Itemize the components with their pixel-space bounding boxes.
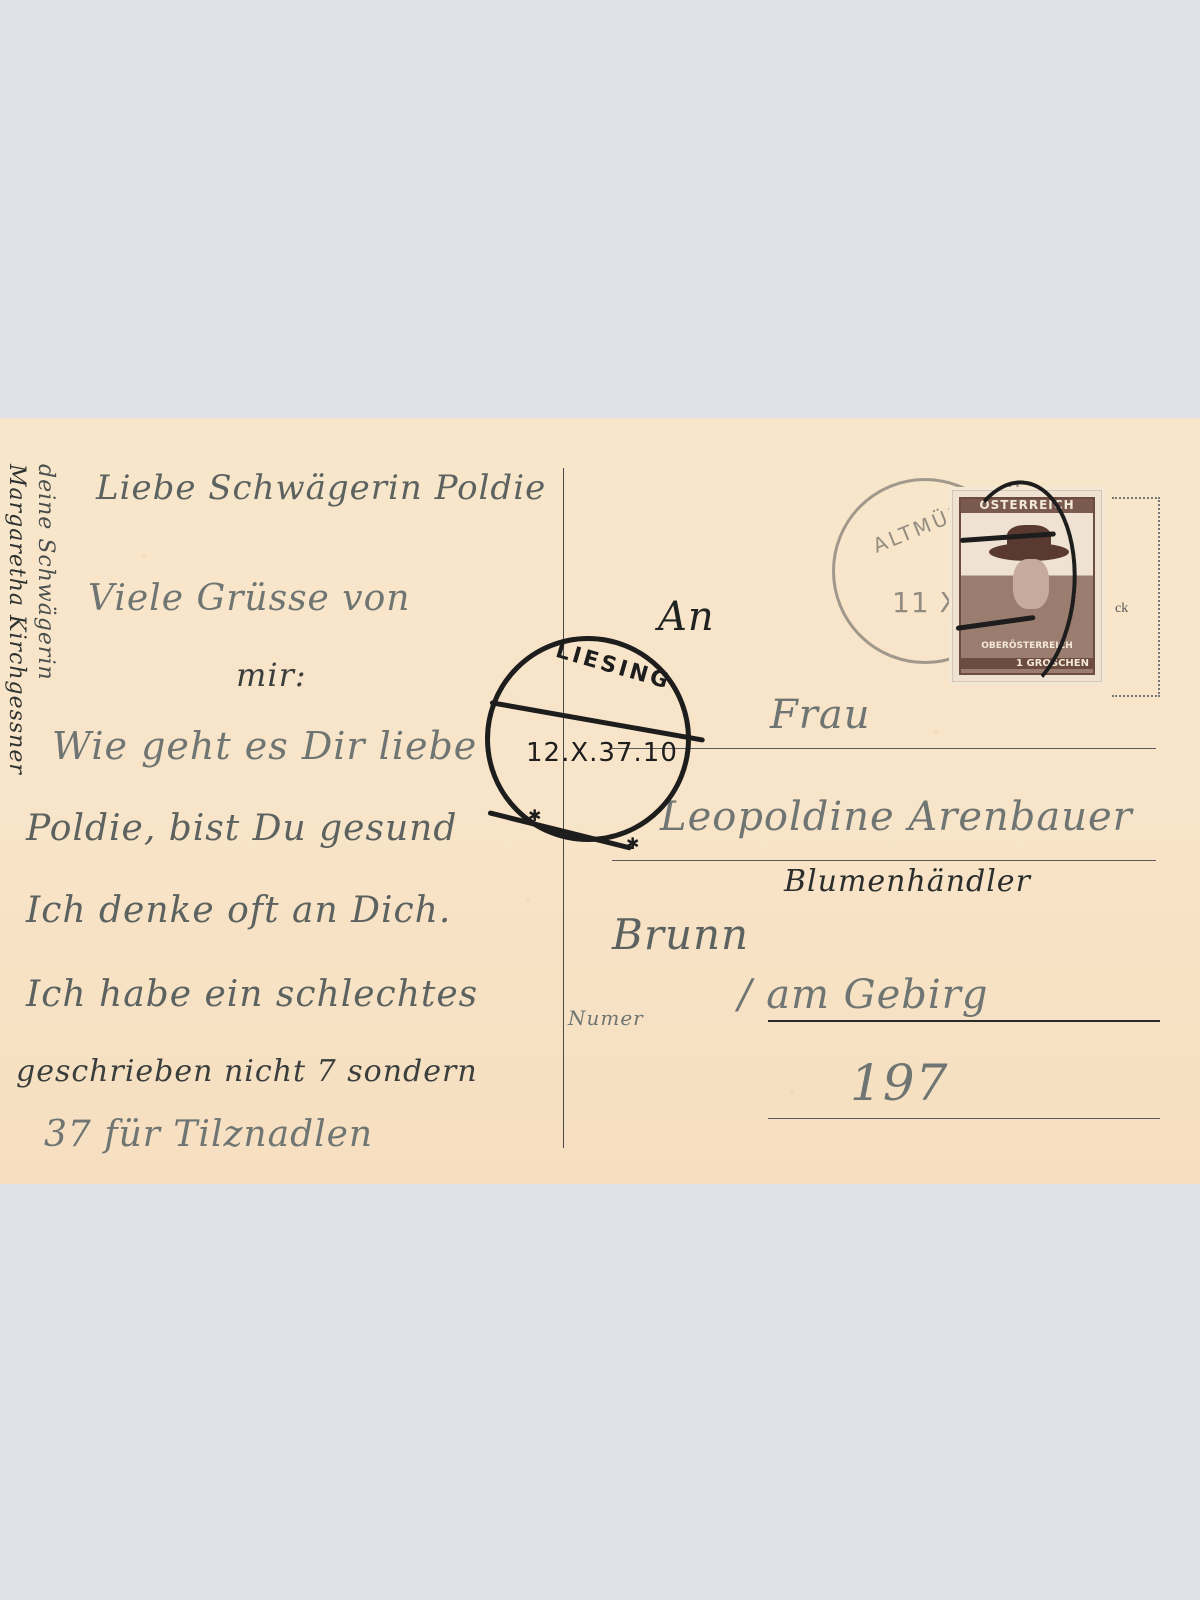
message-line-5: Ich denke oft an Dich.	[26, 890, 451, 931]
address-name: Leopoldine Arenbauer	[660, 794, 1133, 840]
postcard: deine Schwägerin Margaretha Kirchgessner…	[0, 418, 1200, 1184]
stamp-box-label: ck	[1115, 601, 1128, 617]
message-line-6: Ich habe ein schlechtes	[26, 974, 478, 1015]
message-line-8: 37 für Tilznadlen	[44, 1114, 373, 1155]
address-line-3	[768, 1020, 1160, 1022]
address-line-1	[612, 748, 1156, 749]
address-line-4	[768, 1118, 1160, 1119]
address-line-2	[612, 860, 1156, 861]
address-city-suffix: / am Gebirg	[738, 972, 988, 1018]
address-prefix: An	[658, 594, 715, 640]
side-note-line-2: Margaretha Kirchgessner	[4, 464, 29, 775]
address-occupation: Blumenhändler	[784, 864, 1031, 899]
message-line-4: Poldie, bist Du gesund	[26, 808, 457, 849]
margin-word: Numer	[568, 1006, 644, 1030]
message-line-3: Wie geht es Dir liebe	[52, 724, 477, 768]
address-house-number: 197	[850, 1054, 948, 1112]
stamp-box	[1112, 497, 1160, 697]
postmark-star-icon: ✱	[626, 834, 639, 853]
message-line-1: Viele Grüsse von	[88, 578, 411, 619]
greeting: Liebe Schwägerin Poldie	[96, 468, 546, 508]
address-city: Brunn	[612, 910, 749, 959]
postmark-star-icon: ✱	[528, 806, 541, 825]
side-note: deine Schwägerin Margaretha Kirchgessner	[4, 464, 58, 775]
address-salutation: Frau	[770, 692, 870, 738]
postmark-liesing-date: 12.X.37.10	[526, 738, 678, 768]
message-line-7: geschrieben nicht 7 sondern	[16, 1054, 478, 1089]
message-line-2: mir:	[236, 656, 307, 694]
